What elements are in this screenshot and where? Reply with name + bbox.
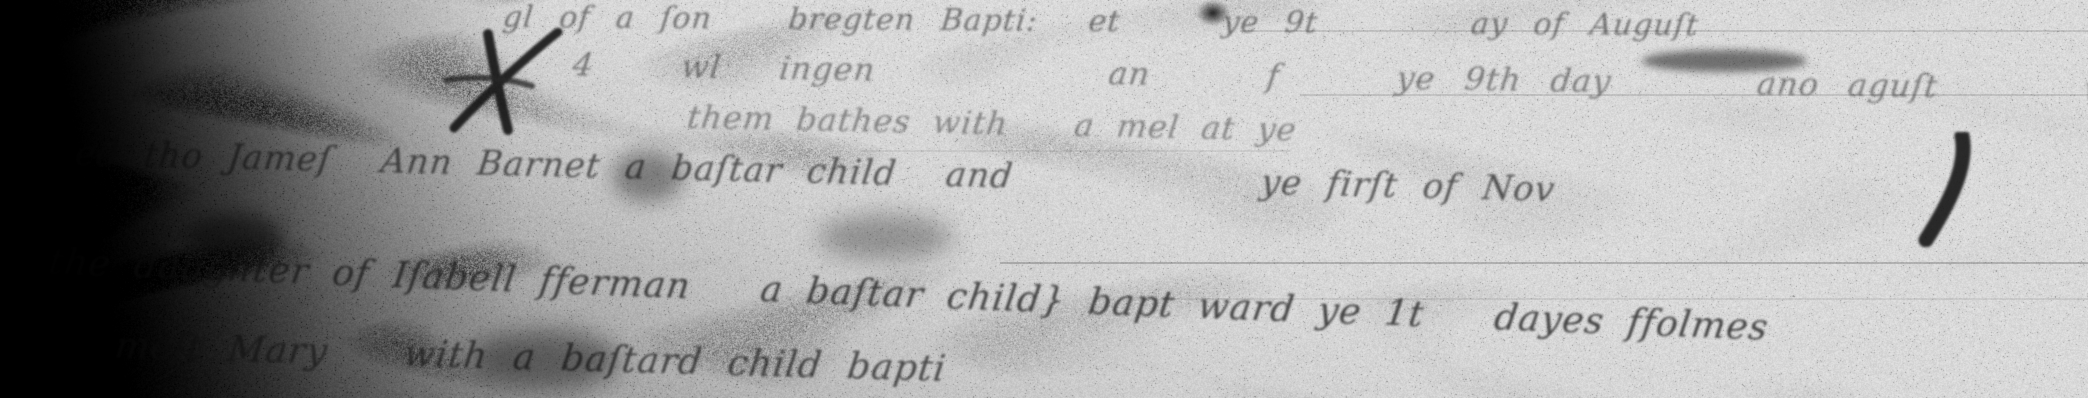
scan-streak: [860, 150, 1290, 152]
manuscript-scan-page: gl of a ſon bregten Bapti: et ye 9t ay o…: [0, 0, 2088, 398]
scan-streak: [1000, 262, 2088, 264]
